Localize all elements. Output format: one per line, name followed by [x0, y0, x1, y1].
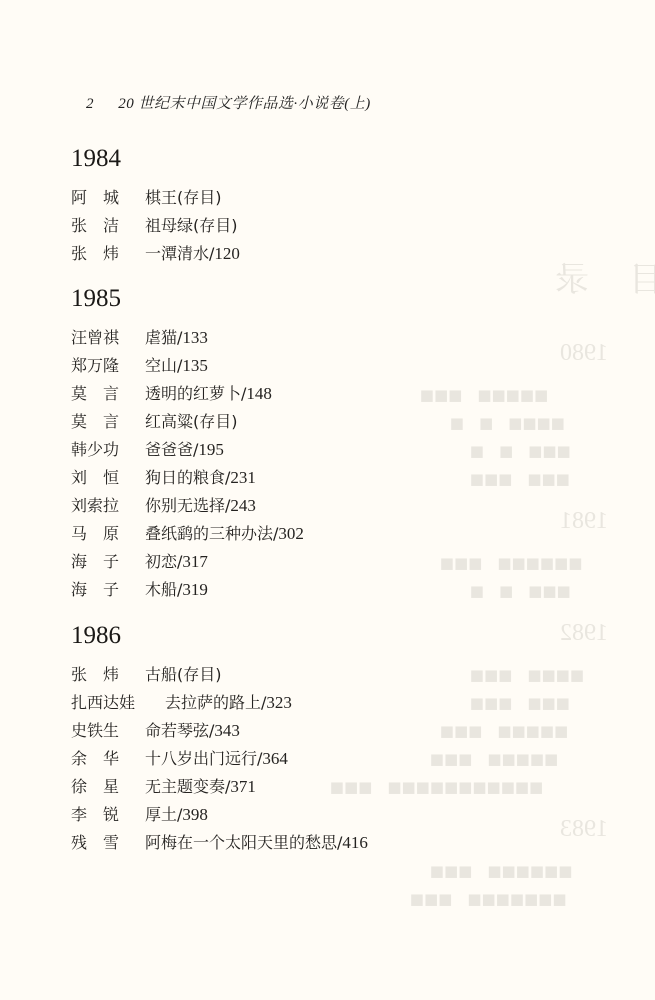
work-title: 爸爸爸/ [145, 438, 198, 462]
work-title: 阿梅在一个太阳天里的愁思/ [145, 831, 342, 855]
toc-entry[interactable]: 汪曾祺虐猫/133 [71, 326, 208, 350]
work-title: 虐猫/ [145, 326, 182, 350]
running-head: 2 20 世纪末中国文学作品选·小说卷(上) [86, 92, 371, 113]
bleed-through-line: ■■■■■■ ■■■ [440, 552, 583, 573]
toc-entry[interactable]: 刘 恒狗日的粮食/231 [71, 466, 256, 490]
author: 徐 星 [71, 775, 145, 799]
work-title: 祖母绿(存目) [145, 214, 238, 238]
bleed-through-line: ■■■■■ ■■■ [440, 720, 568, 741]
page-ref: 343 [214, 721, 240, 740]
toc-entry[interactable]: 莫 言透明的红萝卜/148 [71, 382, 272, 406]
author: 刘 恒 [71, 466, 145, 490]
author: 余 华 [71, 747, 145, 771]
year-heading-1986: 1986 [71, 623, 121, 648]
bleed-through-line: ■■■ ■ ■ [470, 440, 571, 461]
year-heading-1984: 1984 [71, 146, 121, 171]
page-ref: 364 [262, 749, 288, 768]
page-ref: 371 [230, 777, 256, 796]
work-title: 狗日的粮食/ [145, 466, 230, 490]
author: 海 子 [71, 550, 145, 574]
page-ref: 317 [182, 552, 208, 571]
bleed-through-line: ■■■ ■■■ [470, 692, 570, 713]
work-title: 厚土/ [145, 803, 182, 827]
toc-entry[interactable]: 李 锐厚土/398 [71, 803, 208, 827]
toc-entry[interactable]: 张 洁祖母绿(存目) [71, 214, 238, 238]
toc-entry[interactable]: 刘索拉你别无选择/243 [71, 494, 256, 518]
toc-entry[interactable]: 郑万隆空山/135 [71, 354, 208, 378]
author: 张 洁 [71, 214, 145, 238]
author: 海 子 [71, 578, 145, 602]
page-ref: 148 [246, 384, 272, 403]
work-title: 叠纸鹞的三种办法/ [145, 522, 278, 546]
work-title: 初恋/ [145, 550, 182, 574]
year-heading-1985: 1985 [71, 286, 121, 311]
author: 张 炜 [71, 242, 145, 266]
page-ref: 416 [342, 833, 368, 852]
toc-entry[interactable]: 韩少功爸爸爸/195 [71, 438, 224, 462]
work-title: 你别无选择/ [145, 494, 230, 518]
book-page: 目录 1980 ■■■■■ ■■■ ■■■■ ■ ■ ■■■ ■ ■ ■■■ ■… [0, 0, 655, 1000]
author: 韩少功 [71, 438, 145, 462]
toc-entry[interactable]: 扎西达娃去拉萨的路上/323 [71, 691, 292, 715]
bleed-through-line: ■■■■■■■ ■■■ [410, 888, 567, 909]
page-ref: 195 [198, 440, 224, 459]
work-title: 透明的红萝卜/ [145, 382, 246, 406]
author: 李 锐 [71, 803, 145, 827]
bleed-through-heading: 目录 [515, 252, 655, 301]
work-title: 古船(存目) [145, 663, 222, 687]
page-ref: 323 [266, 693, 292, 712]
page-number: 2 [86, 96, 94, 112]
author: 莫 言 [71, 382, 145, 406]
toc-entry[interactable]: 阿 城棋王(存目) [71, 186, 222, 210]
page-ref: 319 [182, 580, 208, 599]
toc-entry[interactable]: 莫 言红高粱(存目) [71, 410, 238, 434]
author: 张 炜 [71, 663, 145, 687]
bleed-through-line: ■■■■■■■■■■■ ■■■ [330, 776, 543, 797]
toc-entry[interactable]: 史铁生命若琴弦/343 [71, 719, 240, 743]
author: 残 雪 [71, 831, 145, 855]
bleed-through-line: ■■■ ■ ■ [470, 580, 571, 601]
bleed-through-line: ■■■■■ ■■■ [420, 384, 548, 405]
work-title: 木船/ [145, 578, 182, 602]
work-title: 无主题变奏/ [145, 775, 230, 799]
author: 汪曾祺 [71, 326, 145, 350]
work-title: 十八岁出门远行/ [145, 747, 262, 771]
work-title: 空山/ [145, 354, 182, 378]
toc-entry[interactable]: 余 华十八岁出门远行/364 [71, 747, 288, 771]
toc-entry[interactable]: 张 炜古船(存目) [71, 663, 222, 687]
bleed-through-year: 1980 [560, 340, 608, 367]
bleed-through-year: 1981 [560, 508, 608, 535]
author: 扎西达娃 [71, 691, 165, 715]
page-ref: 133 [182, 328, 208, 347]
toc-entry[interactable]: 徐 星无主题变奏/371 [71, 775, 256, 799]
author: 郑万隆 [71, 354, 145, 378]
page-ref: 398 [182, 805, 208, 824]
author: 史铁生 [71, 719, 145, 743]
work-title: 一潭清水/ [145, 242, 214, 266]
author: 莫 言 [71, 410, 145, 434]
page-ref: 302 [278, 524, 304, 543]
book-title: 20 世纪末中国文学作品选·小说卷(上) [118, 96, 371, 112]
author: 阿 城 [71, 186, 145, 210]
bleed-through-line: ■■■■ ■ ■ [450, 412, 565, 433]
author: 马 原 [71, 522, 145, 546]
bleed-through-line: ■■■■■■ ■■■ [430, 860, 573, 881]
toc-entry[interactable]: 马 原叠纸鹞的三种办法/302 [71, 522, 304, 546]
bleed-through-year: 1982 [560, 620, 608, 647]
work-title: 去拉萨的路上/ [165, 691, 266, 715]
bleed-through-line: ■■■ ■■■ [470, 468, 570, 489]
bleed-through-year: 1983 [560, 816, 608, 843]
page-ref: 231 [230, 468, 256, 487]
work-title: 红高粱(存目) [145, 410, 238, 434]
toc-entry[interactable]: 海 子初恋/317 [71, 550, 208, 574]
work-title: 命若琴弦/ [145, 719, 214, 743]
toc-entry[interactable]: 残 雪阿梅在一个太阳天里的愁思/416 [71, 831, 368, 855]
toc-entry[interactable]: 海 子木船/319 [71, 578, 208, 602]
page-ref: 243 [230, 496, 256, 515]
work-title: 棋王(存目) [145, 186, 222, 210]
page-ref: 120 [214, 244, 240, 263]
author: 刘索拉 [71, 494, 145, 518]
bleed-through-line: ■■■■ ■■■ [470, 664, 584, 685]
bleed-through-line: ■■■■■ ■■■ [430, 748, 558, 769]
page-ref: 135 [182, 356, 208, 375]
toc-entry[interactable]: 张 炜一潭清水/120 [71, 242, 240, 266]
